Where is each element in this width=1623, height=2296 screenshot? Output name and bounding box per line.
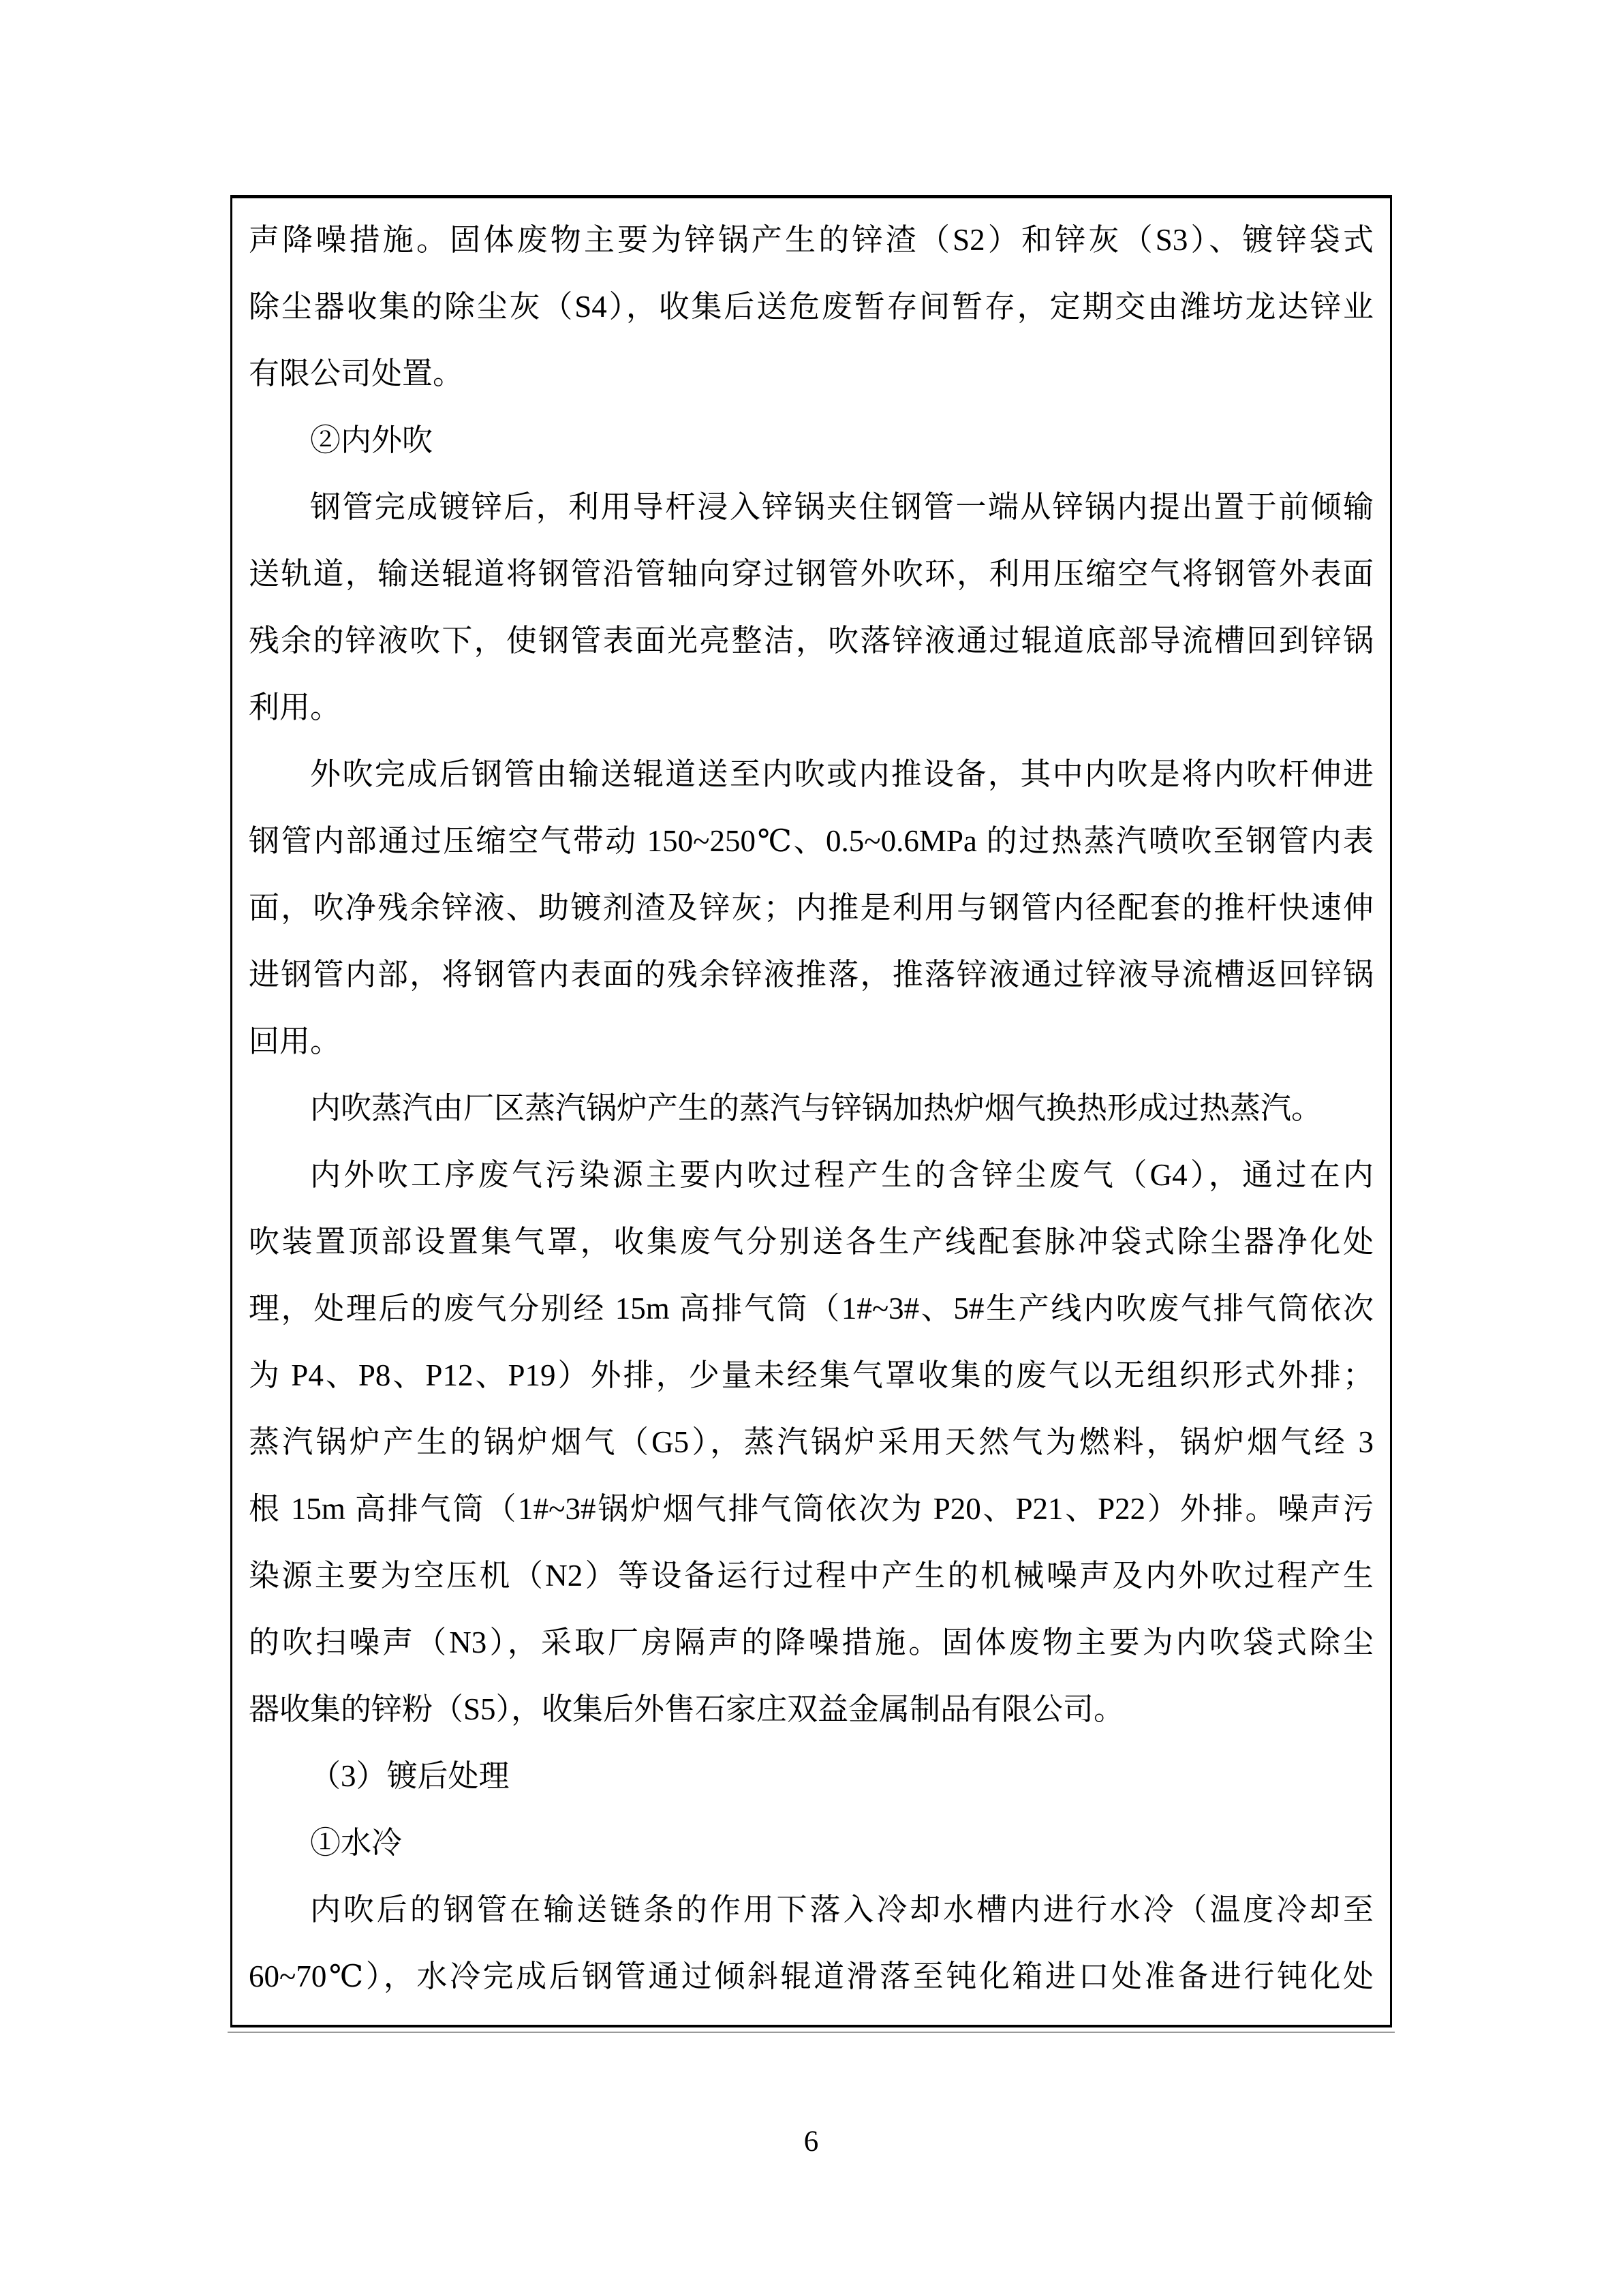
document-body: 声降噪措施。固体废物主要为锌锅产生的锌渣（S2）和锌灰（S3）、镀锌袋式除尘器收…	[249, 206, 1374, 2010]
text-line: 蒸汽锅炉产生的锅炉烟气（G5），蒸汽锅炉采用天然气为燃料，锅炉烟气经 3	[249, 1409, 1374, 1475]
text-line: 进钢管内部，将钢管内表面的残余锌液推落，推落锌液通过锌液导流槽返回锌锅	[249, 941, 1374, 1008]
text-line: 钢管完成镀锌后，利用导杆浸入锌锅夹住钢管一端从锌锅内提出置于前倾输	[249, 474, 1374, 540]
text-line: 60~70℃），水冷完成后钢管通过倾斜辊道滑落至钝化箱进口处准备进行钝化处	[249, 1943, 1374, 2010]
text-line: 回用。	[249, 1008, 1374, 1075]
text-line: ①水冷	[249, 1809, 1374, 1876]
page-number: 6	[230, 2125, 1392, 2159]
text-line: 面，吹净残余锌液、助镀剂渣及锌灰；内推是利用与钢管内径配套的推杆快速伸	[249, 874, 1374, 941]
text-line: 送轨道，输送辊道将钢管沿管轴向穿过钢管外吹环，利用压缩空气将钢管外表面	[249, 540, 1374, 607]
border-scan-shadow	[228, 2032, 1395, 2033]
text-line: 除尘器收集的除尘灰（S4），收集后送危废暂存间暂存，定期交由潍坊龙达锌业	[249, 273, 1374, 340]
text-line: 钢管内部通过压缩空气带动 150~250℃、0.5~0.6MPa 的过热蒸汽喷吹…	[249, 808, 1374, 874]
text-line: 理，处理后的废气分别经 15m 高排气筒（1#~3#、5#生产线内吹废气排气筒依…	[249, 1275, 1374, 1342]
text-line: 有限公司处置。	[249, 340, 1374, 407]
text-line: 内外吹工序废气污染源主要内吹过程产生的含锌尘废气（G4），通过在内	[249, 1142, 1374, 1208]
text-line: 为 P4、P8、P12、P19）外排，少量未经集气罩收集的废气以无组织形式外排；	[249, 1342, 1374, 1409]
text-line: 内吹后的钢管在输送链条的作用下落入冷却水槽内进行水冷（温度冷却至	[249, 1876, 1374, 1943]
text-line: （3）镀后处理	[249, 1743, 1374, 1809]
text-line: 残余的锌液吹下，使钢管表面光亮整洁，吹落锌液通过辊道底部导流槽回到锌锅	[249, 607, 1374, 674]
text-line: 声降噪措施。固体废物主要为锌锅产生的锌渣（S2）和锌灰（S3）、镀锌袋式	[249, 206, 1374, 273]
text-line: 外吹完成后钢管由输送辊道送至内吹或内推设备，其中内吹是将内吹杆伸进	[249, 741, 1374, 808]
text-line: 器收集的锌粉（S5），收集后外售石家庄双益金属制品有限公司。	[249, 1676, 1374, 1743]
text-line: 利用。	[249, 674, 1374, 741]
document-border-box: 声降噪措施。固体废物主要为锌锅产生的锌渣（S2）和锌灰（S3）、镀锌袋式除尘器收…	[230, 195, 1392, 2027]
text-line: 吹装置顶部设置集气罩，收集废气分别送各生产线配套脉冲袋式除尘器净化处	[249, 1208, 1374, 1275]
text-line: 染源主要为空压机（N2）等设备运行过程中产生的机械噪声及内外吹过程产生	[249, 1542, 1374, 1609]
text-line: 根 15m 高排气筒（1#~3#锅炉烟气排气筒依次为 P20、P21、P22）外…	[249, 1475, 1374, 1542]
text-line: 内吹蒸汽由厂区蒸汽锅炉产生的蒸汽与锌锅加热炉烟气换热形成过热蒸汽。	[249, 1075, 1374, 1142]
text-line: 的吹扫噪声（N3），采取厂房隔声的降噪措施。固体废物主要为内吹袋式除尘	[249, 1609, 1374, 1676]
text-line: ②内外吹	[249, 407, 1374, 474]
document-page: 声降噪措施。固体废物主要为锌锅产生的锌渣（S2）和锌灰（S3）、镀锌袋式除尘器收…	[0, 0, 1623, 2296]
